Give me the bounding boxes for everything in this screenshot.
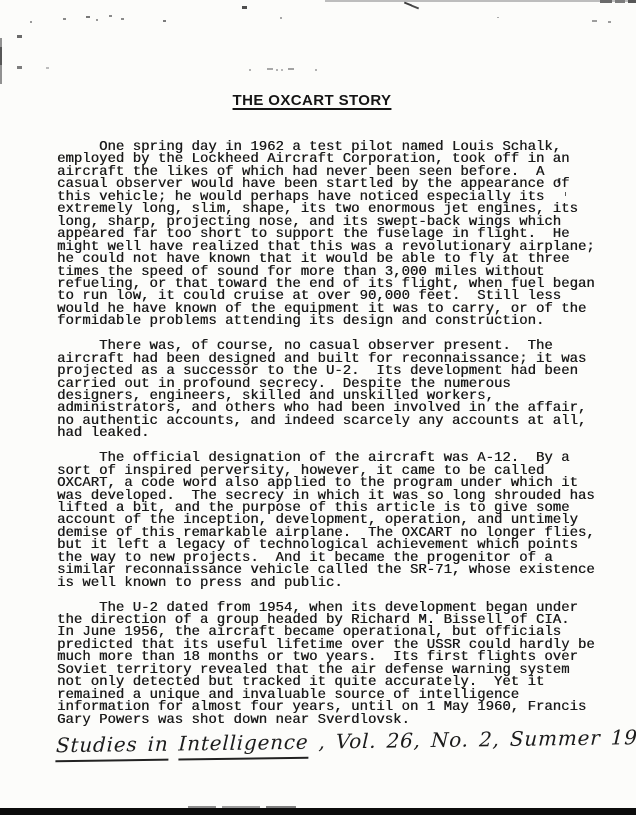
- paragraph-4: The U-2 dated from 1954, when its develo…: [57, 602, 617, 727]
- document-body: One spring day in 1962 a test pilot name…: [57, 141, 617, 739]
- scan-speck: [86, 16, 90, 18]
- scan-speck: [242, 6, 247, 9]
- paragraph-1: One spring day in 1962 a test pilot name…: [57, 141, 617, 328]
- scan-speck: [281, 69, 283, 71]
- scan-speck: [315, 69, 317, 71]
- document-page: THE OXCART STORY One spring day in 1962 …: [0, 0, 636, 815]
- paragraph-3: The official designation of the aircraft…: [57, 452, 617, 589]
- scan-speck: [497, 17, 499, 18]
- scan-speck: [288, 68, 294, 70]
- scan-artifact-top-line: [325, 0, 636, 2]
- scan-speck: [411, 5, 419, 10]
- scan-speck: [30, 21, 32, 23]
- paragraph-2: There was, of course, no casual observer…: [57, 340, 617, 440]
- citation-journal-part2: Intelligence: [178, 730, 309, 761]
- scan-speck: [17, 66, 22, 69]
- scan-artifact: [628, 0, 636, 3]
- scan-speck: [121, 18, 124, 20]
- scan-speck: [63, 18, 66, 20]
- page-title: THE OXCART STORY: [0, 92, 624, 109]
- scan-speck: [17, 35, 22, 38]
- citation-volume-info: , Vol. 26, No. 2, Summer 1982: [318, 725, 636, 754]
- scan-speck: [109, 15, 112, 17]
- scan-speck: [592, 20, 597, 22]
- scan-artifact-bottom-bar: [0, 808, 636, 815]
- scan-speck: [96, 19, 98, 21]
- scan-speck: [280, 17, 282, 19]
- scan-speck: [249, 69, 251, 71]
- scan-artifact: [600, 0, 612, 3]
- scan-artifact-left-edge: [0, 47, 2, 65]
- scan-artifact: [615, 0, 625, 3]
- scan-speck: [267, 68, 273, 70]
- citation-journal-part1: Studies in: [55, 732, 169, 763]
- scan-speck: [276, 69, 278, 71]
- scan-speck: [46, 67, 49, 69]
- scan-speck: [163, 20, 166, 22]
- scan-speck: [608, 21, 611, 23]
